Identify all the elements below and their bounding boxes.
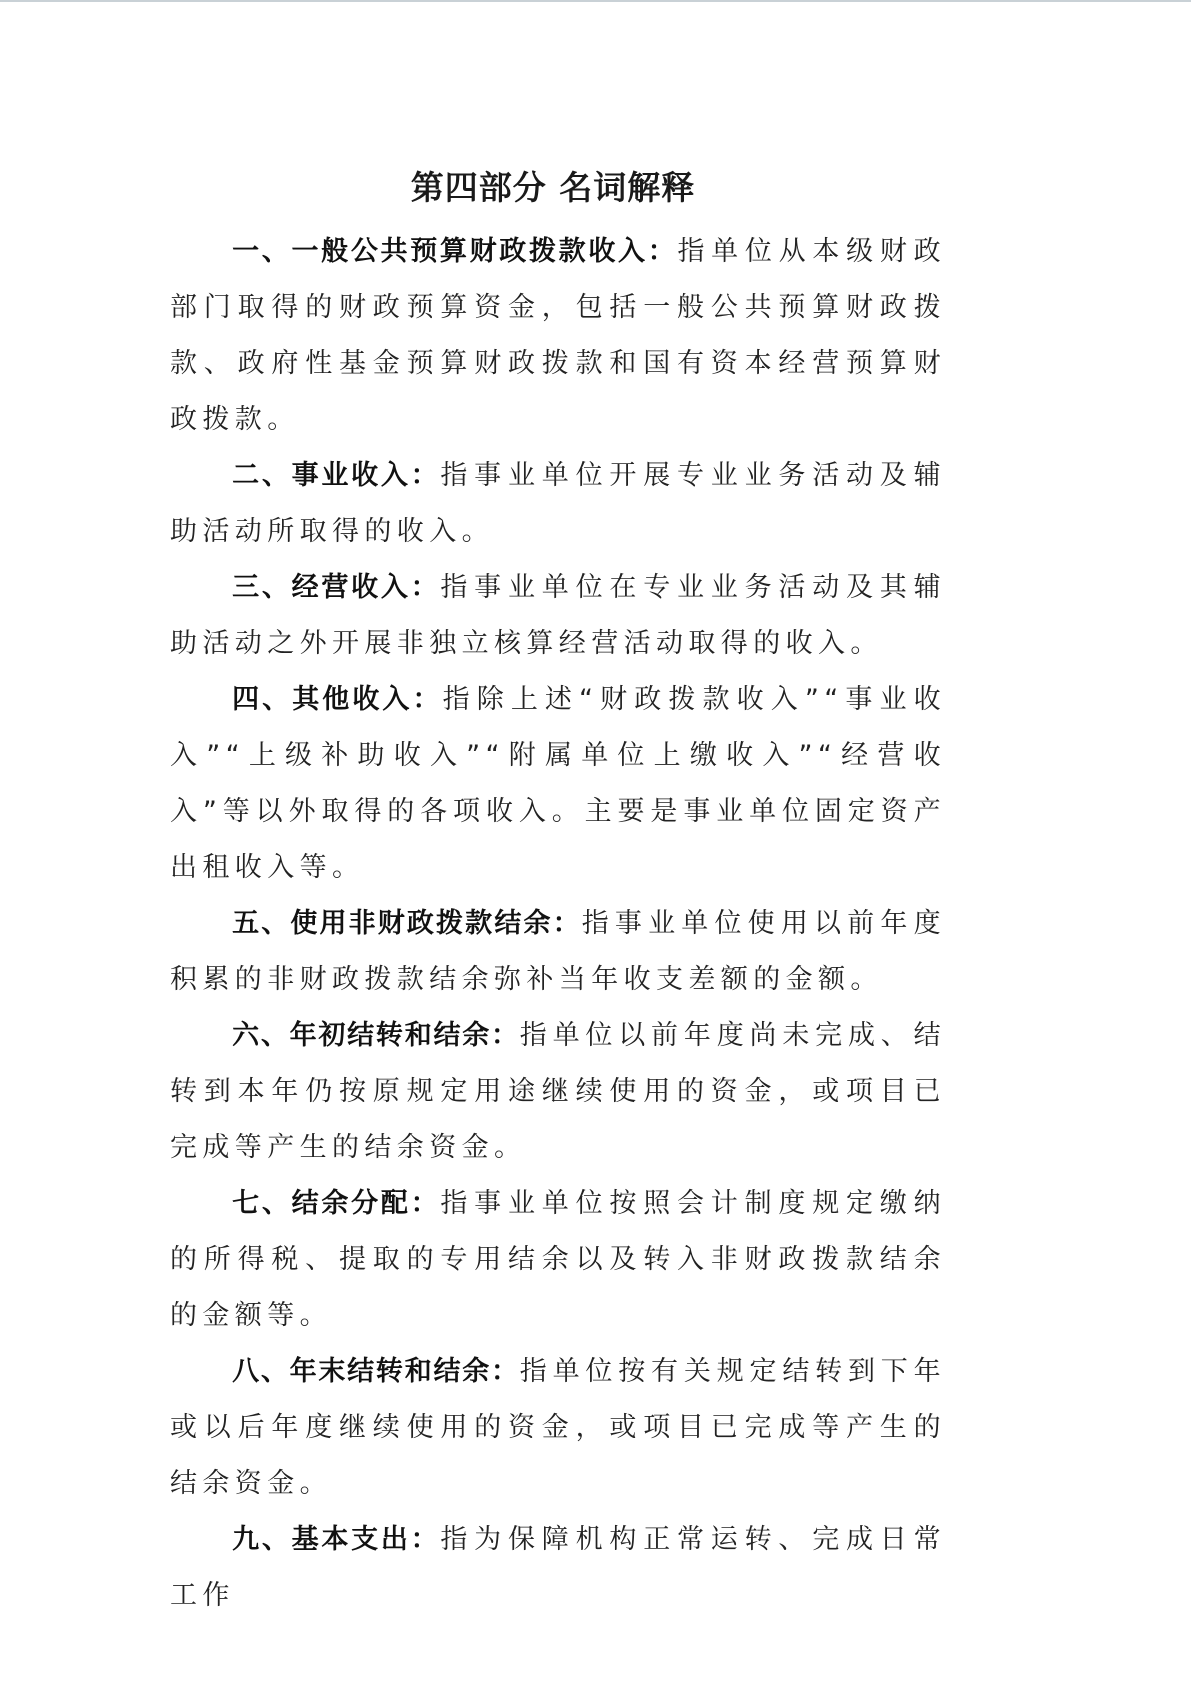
entry-term: 三、经营收入： — [232, 572, 440, 603]
entry-basic-expenditure: 九、基本支出：指为保障机构正常运转、完成日常工作 — [170, 1512, 946, 1624]
entry-term: 七、结余分配： — [232, 1188, 440, 1219]
entry-term: 五、使用非财政拨款结余： — [232, 908, 582, 939]
entry-year-end-carryover-and-balance: 八、年末结转和结余：指单位按有关规定结转到下年或以后年度继续使用的资金，或项目已… — [170, 1344, 946, 1512]
entry-general-budget-appropriation-income: 一、一般公共预算财政拨款收入：指单位从本级财政部门取得的财政预算资金，包括一般公… — [170, 224, 946, 448]
entry-term: 四、其他收入： — [232, 684, 442, 715]
document-page: 第四部分 名词解释 一、一般公共预算财政拨款收入：指单位从本级财政部门取得的财政… — [170, 160, 946, 1624]
entry-term: 六、年初结转和结余： — [232, 1020, 520, 1051]
entry-operating-income: 三、经营收入：指事业单位在专业业务活动及其辅助活动之外开展非独立核算经营活动取得… — [170, 560, 946, 672]
entry-use-of-non-appropriation-balance: 五、使用非财政拨款结余：指事业单位使用以前年度积累的非财政拨款结余弥补当年收支差… — [170, 896, 946, 1008]
entry-business-income: 二、事业收入：指事业单位开展专业业务活动及辅助活动所取得的收入。 — [170, 448, 946, 560]
entry-beginning-carryover-and-balance: 六、年初结转和结余：指单位以前年度尚未完成、结转到本年仍按原规定用途继续使用的资… — [170, 1008, 946, 1176]
entry-term: 一、一般公共预算财政拨款收入： — [232, 236, 677, 267]
entry-term: 二、事业收入： — [232, 460, 440, 491]
entry-term: 八、年末结转和结余： — [232, 1356, 520, 1387]
page-top-border — [0, 0, 1191, 2]
entry-balance-distribution: 七、结余分配：指事业单位按照会计制度规定缴纳的所得税、提取的专用结余以及转入非财… — [170, 1176, 946, 1344]
entry-term: 九、基本支出： — [232, 1524, 440, 1555]
page-title: 第四部分 名词解释 — [170, 160, 946, 216]
entry-other-income: 四、其他收入：指除上述“财政拨款收入”“事业收入”“上级补助收入”“附属单位上缴… — [170, 672, 946, 896]
